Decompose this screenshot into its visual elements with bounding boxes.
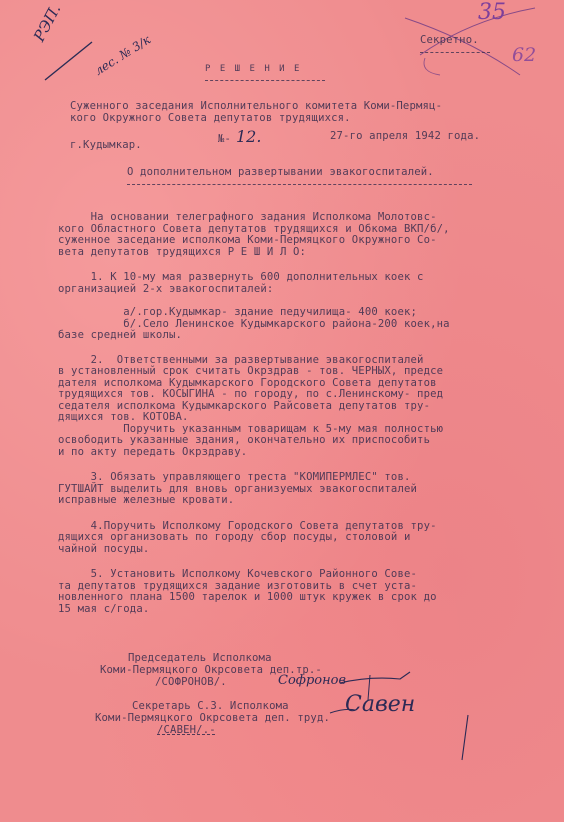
subject-heading: О дополнительном развертывании эвакогосп… (127, 167, 434, 179)
preamble-line: суженное заседание исполкома Коми-Пермяц… (58, 235, 437, 247)
marginal-note-reference: лес. № 3/к (92, 33, 153, 78)
classification-label: Секретно. (420, 35, 479, 47)
secretary-title-line-2: Коми-Пермяцкого Окрсовета деп. труд. (95, 713, 330, 725)
intro-line-1: Суженного заседания Исполнительного коми… (70, 101, 442, 113)
resolution-item-line: исправные железные кровати. (58, 495, 234, 507)
resolution-item-line: дящихся организовать по городу сбор посу… (58, 532, 411, 544)
document-type-underline (205, 80, 325, 81)
page-number: 62 (512, 44, 536, 66)
marginal-note-left: РЭП. (30, 1, 64, 44)
chairman-signature: Софронов (278, 673, 346, 688)
resolution-item-line: 5. Установить Исполкому Кочевского Район… (58, 569, 417, 581)
preamble-line: вета депутатов трудящихся Р Е Ш И Л О: (58, 247, 306, 259)
place-of-issue: г.Кудымкар. (70, 140, 142, 152)
archival-document-page: РЭП. лес. № 3/к 35 62 Секретно. Р Е Ш Е … (0, 0, 564, 822)
resolution-item-line: трудящихся тов. КОСЫГИНА - по городу, по… (58, 389, 443, 401)
resolution-item-line: и по акту передать Окрздраву. (58, 447, 247, 459)
chairman-title-line-1: Председатель Исполкома (128, 653, 272, 665)
resolution-item-line: освободить указанные здания, окончательн… (58, 435, 430, 447)
secretary-name: /САВЕН/.- (157, 725, 216, 737)
crossed-out-number: 35 (478, 0, 506, 25)
resolution-item-line: 15 мая с/года. (58, 604, 149, 616)
secretary-title-line-1: Секретарь С.З. Исполкома (132, 701, 289, 713)
resolution-item-line: организацией 2-х эвакогоспиталей: (58, 284, 273, 296)
decision-number-prefix: №- (218, 134, 231, 146)
secretary-signature: Савен (345, 692, 415, 717)
document-type-heading: Р Е Ш Е Н И Е (205, 64, 301, 76)
resolution-item-line: 3. Обязать управляющего треста "КОМИПЕРМ… (58, 472, 411, 484)
resolution-item-line: базе средней школы. (58, 330, 182, 342)
chairman-name: /СОФРОНОВ/. (155, 677, 227, 689)
resolution-item-line: а/.гор.Кудымкар- здание педучилища- 400 … (58, 307, 417, 319)
decision-number: 12. (236, 127, 261, 146)
intro-line-2: кого Окружного Совета депутатов трудящих… (70, 113, 351, 125)
preamble-line: На основании телеграфного задания Исполк… (58, 212, 437, 224)
decision-date: 27-го апреля 1942 года. (330, 131, 480, 143)
classification-underline (420, 52, 490, 53)
resolution-item-line: в установленный срок считать Окрздрав - … (58, 366, 443, 378)
resolution-item-line: дящихся тов. КОТОВА. (58, 412, 189, 424)
resolution-item-line: чайной посуды. (58, 544, 149, 556)
resolution-item-line: 1. К 10-му мая развернуть 600 дополнител… (58, 272, 424, 284)
subject-underline (127, 184, 472, 185)
resolution-item-line: новленного плана 1500 тарелок и 1000 шту… (58, 592, 437, 604)
